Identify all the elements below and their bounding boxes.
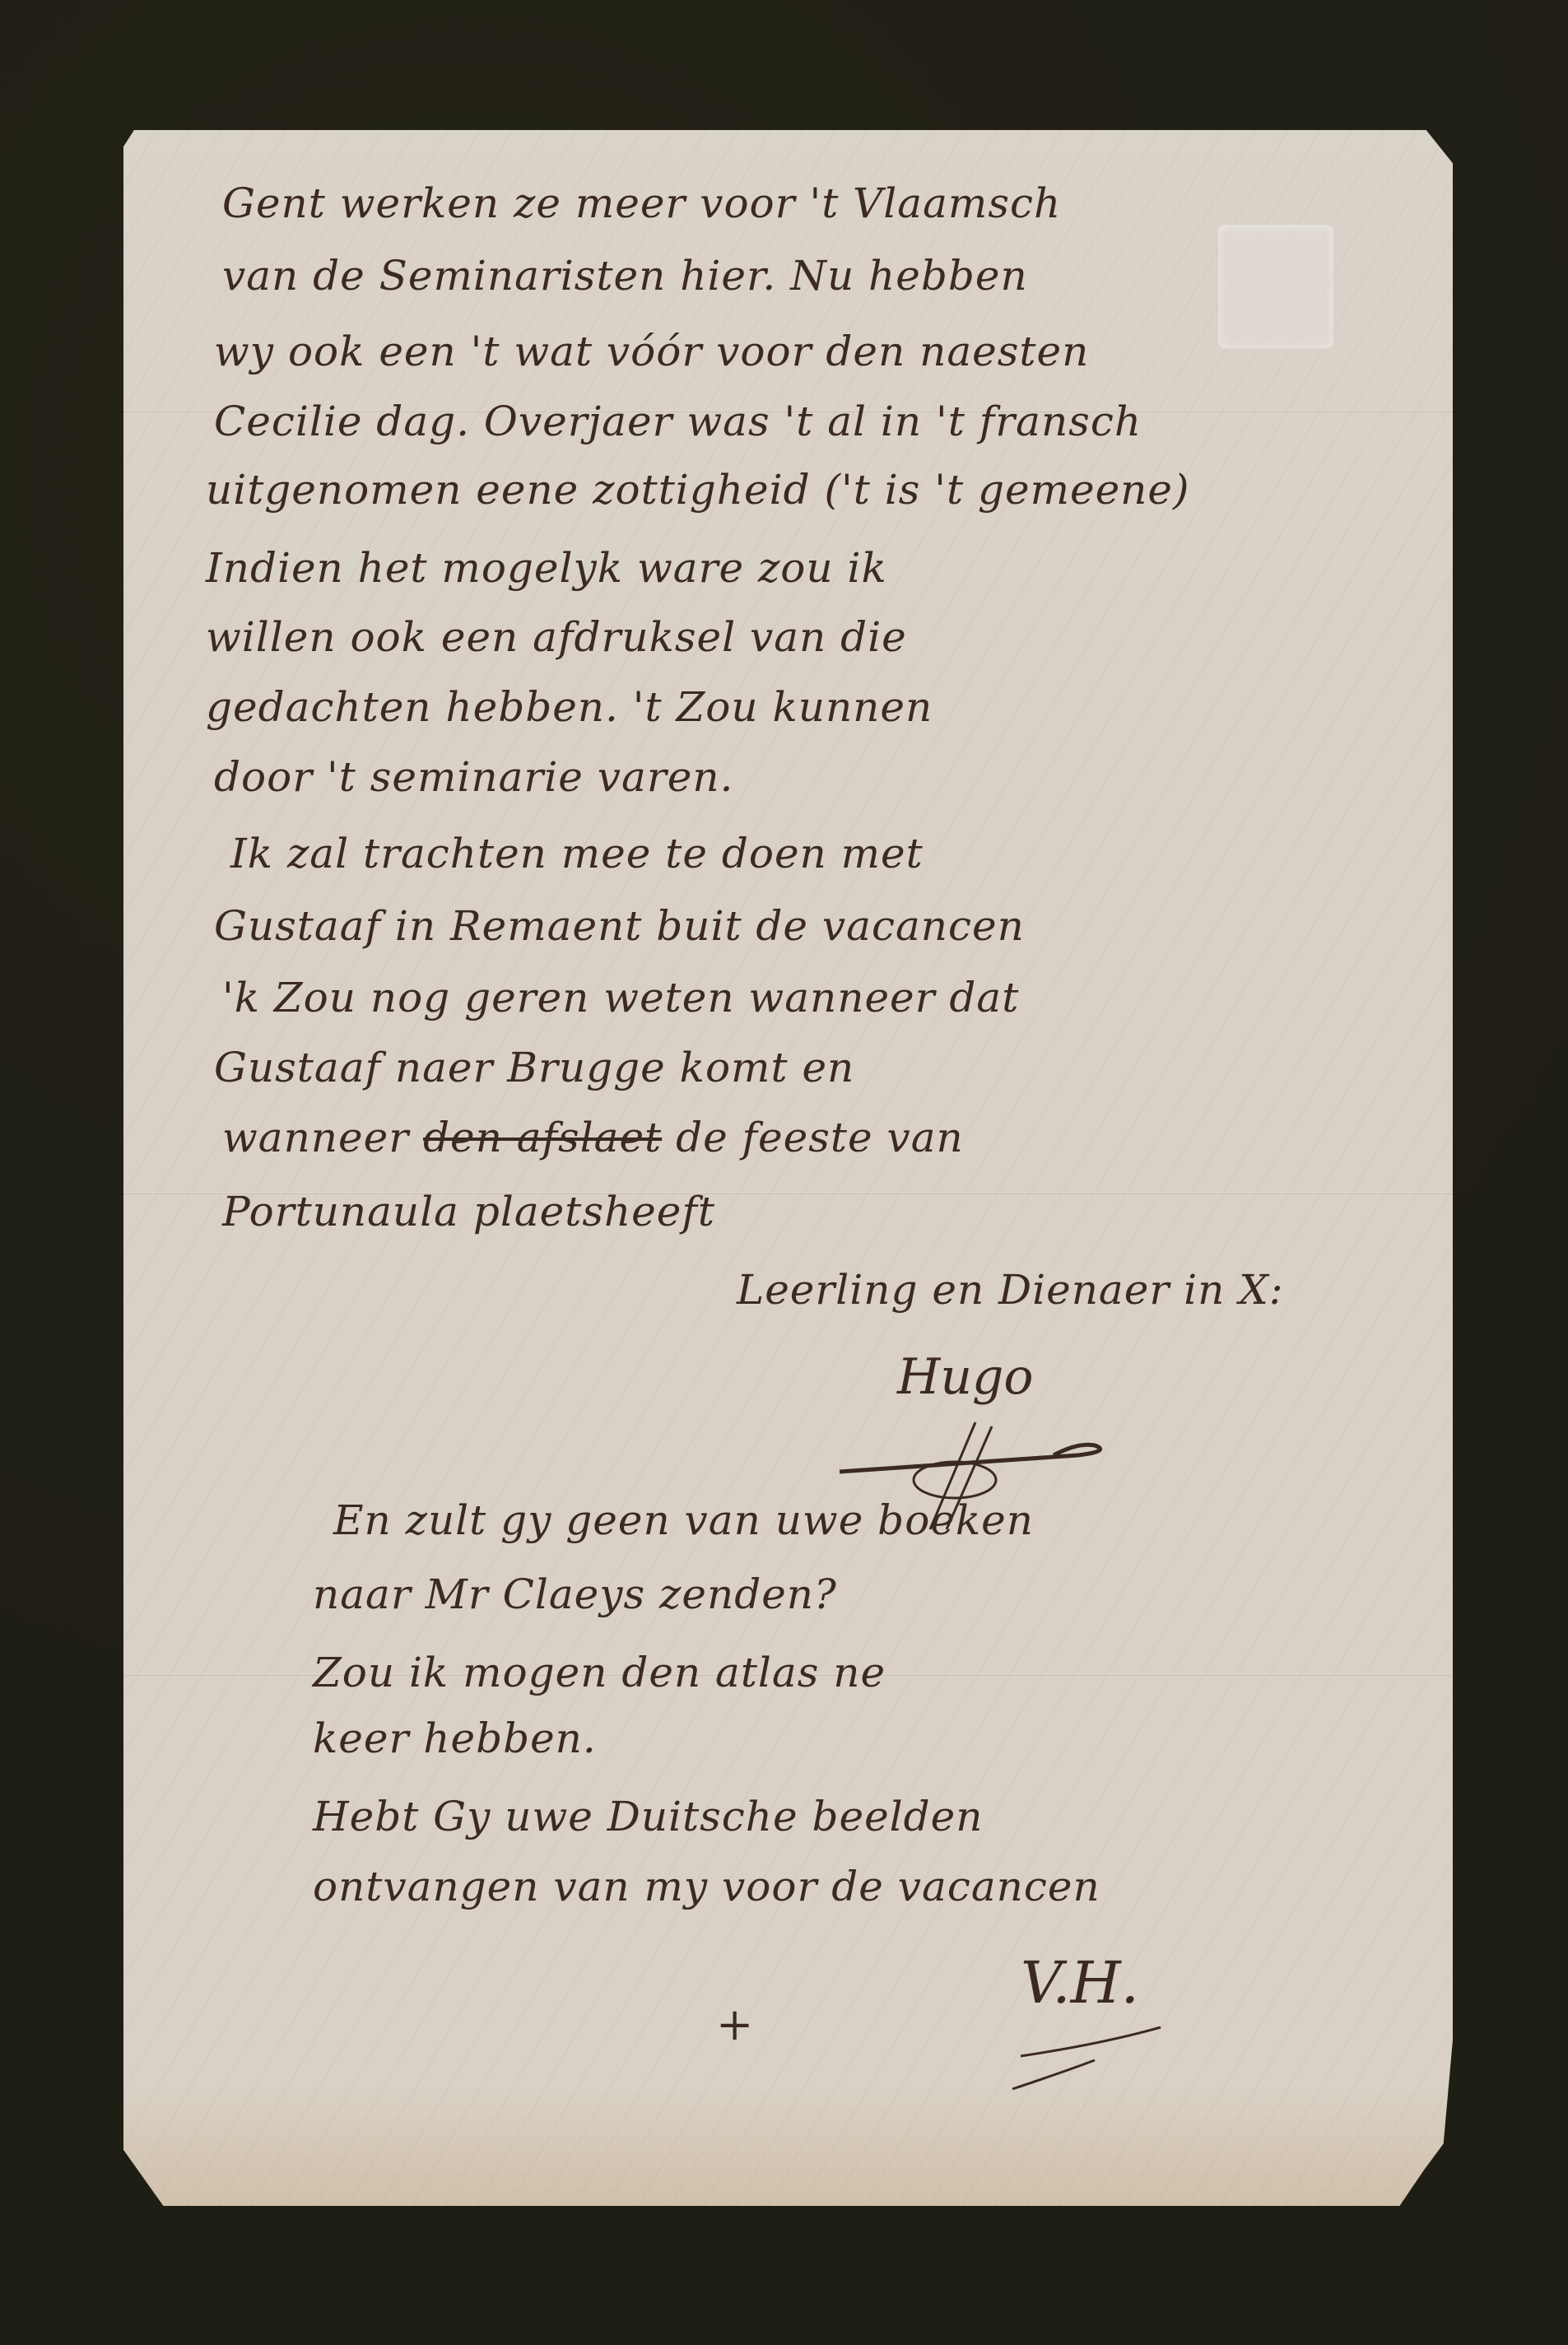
initials-underline-icon <box>1004 2023 1185 2097</box>
letter-line: Gent werken ze meer voor 't Vlaamsch <box>222 179 1061 227</box>
letter-line: Ik zal trachten mee te doen met <box>230 830 924 877</box>
cross-mark: + <box>716 1998 753 2050</box>
letter-line: Portunaula plaetsheeft <box>222 1188 715 1235</box>
word: wanneer <box>222 1114 409 1161</box>
letter-line: door 't seminarie varen. <box>214 753 733 801</box>
letter-line: wy ook een 't wat vóór voor den naesten <box>214 328 1089 375</box>
letter-line: uitgenomen eene zottigheid ('t is 't gem… <box>206 466 1189 514</box>
struck-text: den afslaet <box>423 1114 662 1161</box>
postscript-line: keer hebben. <box>313 1715 597 1762</box>
letter-page: Gent werken ze meer voor 't Vlaamsch van… <box>123 130 1453 2206</box>
initials-signature: V.H. <box>1021 1949 1139 2017</box>
embossed-stamp <box>1218 225 1333 348</box>
postscript-line: Hebt Gy uwe Duitsche beelden <box>313 1793 983 1840</box>
postscript-line: naar Mr Claeys zenden? <box>313 1570 837 1618</box>
word: de feeste van <box>676 1114 964 1161</box>
closing-line: Leerling en Dienaer in X: <box>737 1266 1284 1314</box>
letter-line: gedachten hebben. 't Zou kunnen <box>206 683 933 731</box>
letter-line: Gustaaf in Remaent buit de vacancen <box>214 902 1025 950</box>
postscript-line: Zou ik mogen den atlas ne <box>313 1649 886 1696</box>
letter-line: Gustaaf naer Brugge komt en <box>214 1044 854 1091</box>
postscript-line: ontvangen van my voor de vacancen <box>313 1863 1100 1910</box>
letter-line: Cecilie dag. Overjaer was 't al in 't fr… <box>214 398 1142 445</box>
letter-line: van de Seminaristen hier. Nu hebben <box>222 252 1028 300</box>
letter-line: willen ook een afdruksel van die <box>206 613 907 661</box>
letter-line-with-strikethrough: wanneer den afslaet de feeste van <box>222 1114 964 1161</box>
letter-line: Indien het mogelyk ware zou ik <box>206 544 887 592</box>
postscript-line: En zult gy geen van uwe boeken <box>333 1496 1034 1544</box>
signature-name: Hugo <box>897 1348 1034 1406</box>
letter-line: 'k Zou nog geren weten wanneer dat <box>222 974 1019 1021</box>
